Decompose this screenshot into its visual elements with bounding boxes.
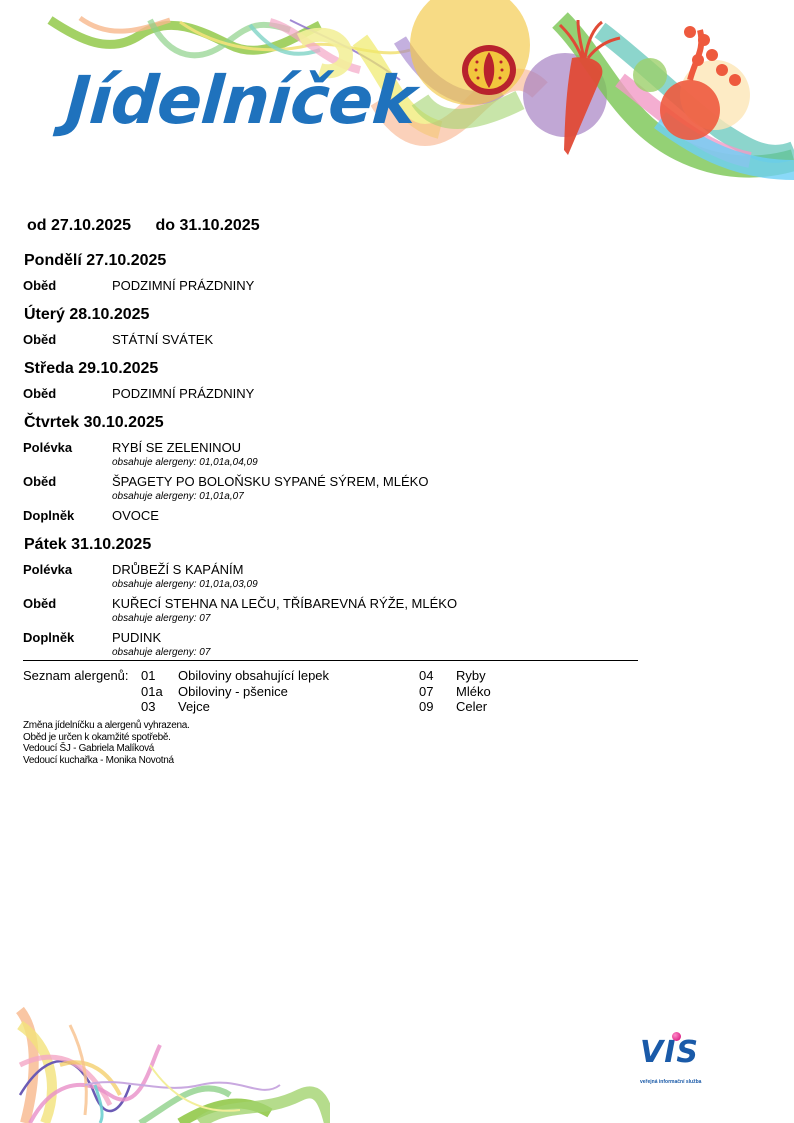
vis-logo-text: VIS bbox=[640, 1035, 699, 1070]
page-title: Jídelníček bbox=[64, 68, 418, 134]
allergen-column: 01Obiloviny obsahující lepek01aObiloviny… bbox=[141, 668, 329, 715]
meal-row: ObědŠPAGETY PO BOLOŇSKU SYPANÉ SÝREM, ML… bbox=[23, 473, 643, 507]
meal-name: STÁTNÍ SVÁTEK bbox=[112, 331, 643, 349]
meal-type-label: Polévka bbox=[23, 561, 112, 595]
menu-day: Úterý 28.10.2025ObědSTÁTNÍ SVÁTEK bbox=[23, 305, 643, 359]
meal-type-label: Doplněk bbox=[23, 507, 112, 525]
meal-row: PolévkaDRŮBEŽÍ S KAPÁNÍMobsahuje alergen… bbox=[23, 561, 643, 595]
allergen-code: 03 bbox=[141, 699, 178, 715]
meal-type-label: Doplněk bbox=[23, 629, 112, 663]
note-line: Vedoucí kuchařka - Monika Novotná bbox=[23, 755, 189, 767]
note-line: Změna jídelníčku a alergenů vyhrazena. bbox=[23, 720, 189, 732]
allergen-name: Mléko bbox=[456, 684, 491, 700]
allergen-item: 04Ryby bbox=[419, 668, 491, 684]
meal-type-label: Oběd bbox=[23, 595, 112, 629]
menu-day: Pondělí 27.10.2025ObědPODZIMNÍ PRÁZDNINY bbox=[23, 251, 643, 305]
menu-day: Pátek 31.10.2025PolévkaDRŮBEŽÍ S KAPÁNÍM… bbox=[23, 535, 643, 669]
allergen-list-label: Seznam alergenů: bbox=[23, 668, 129, 683]
meal-allergens: obsahuje alergeny: 01,01a,03,09 bbox=[112, 579, 643, 591]
meal-row: ObědSTÁTNÍ SVÁTEK bbox=[23, 331, 643, 349]
allergen-item: 07Mléko bbox=[419, 684, 491, 700]
meal-row: DoplněkOVOCE bbox=[23, 507, 643, 525]
note-line: Vedoucí ŠJ - Gabriela Malíková bbox=[23, 743, 189, 755]
meal-name: OVOCE bbox=[112, 507, 643, 525]
meal-allergens: obsahuje alergeny: 07 bbox=[112, 647, 643, 659]
allergen-code: 07 bbox=[419, 684, 456, 700]
allergen-name: Obiloviny - pšenice bbox=[178, 684, 288, 700]
meal-body: PUDINKobsahuje alergeny: 07 bbox=[112, 629, 643, 663]
day-title: Pondělí 27.10.2025 bbox=[24, 251, 643, 271]
meal-row: ObědKUŘECÍ STEHNA NA LEČU, TŘÍBAREVNÁ RÝ… bbox=[23, 595, 643, 629]
vis-logo-dot bbox=[672, 1032, 681, 1041]
meal-row: ObědPODZIMNÍ PRÁZDNINY bbox=[23, 277, 643, 295]
meal-body: ŠPAGETY PO BOLOŇSKU SYPANÉ SÝREM, MLÉKOo… bbox=[112, 473, 643, 507]
meal-body: DRŮBEŽÍ S KAPÁNÍMobsahuje alergeny: 01,0… bbox=[112, 561, 643, 595]
meal-allergens: obsahuje alergeny: 07 bbox=[112, 613, 643, 625]
allergen-item: 03Vejce bbox=[141, 699, 329, 715]
allergen-code: 01a bbox=[141, 684, 178, 700]
meal-type-label: Oběd bbox=[23, 385, 112, 403]
day-title: Úterý 28.10.2025 bbox=[24, 305, 643, 325]
meal-allergens: obsahuje alergeny: 01,01a,07 bbox=[112, 491, 643, 503]
meal-body: PODZIMNÍ PRÁZDNINY bbox=[112, 277, 643, 295]
meal-allergens: obsahuje alergeny: 01,01a,04,09 bbox=[112, 457, 643, 469]
meal-name: DRŮBEŽÍ S KAPÁNÍM bbox=[112, 561, 643, 579]
meal-name: KUŘECÍ STEHNA NA LEČU, TŘÍBAREVNÁ RÝŽE, … bbox=[112, 595, 643, 613]
meal-name: PUDINK bbox=[112, 629, 643, 647]
allergen-code: 04 bbox=[419, 668, 456, 684]
allergen-name: Obiloviny obsahující lepek bbox=[178, 668, 329, 684]
weekly-menu: Pondělí 27.10.2025ObědPODZIMNÍ PRÁZDNINY… bbox=[23, 251, 643, 669]
menu-day: Čtvrtek 30.10.2025PolévkaRYBÍ SE ZELENIN… bbox=[23, 413, 643, 535]
note-line: Oběd je určen k okamžité spotřebě. bbox=[23, 732, 189, 744]
menu-day: Středa 29.10.2025ObědPODZIMNÍ PRÁZDNINY bbox=[23, 359, 643, 413]
date-from: od 27.10.2025 bbox=[27, 217, 131, 235]
meal-body: STÁTNÍ SVÁTEK bbox=[112, 331, 643, 349]
allergen-code: 01 bbox=[141, 668, 178, 684]
allergen-item: 01Obiloviny obsahující lepek bbox=[141, 668, 329, 684]
decorative-ribbons-illustration bbox=[0, 1005, 330, 1123]
meal-type-label: Polévka bbox=[23, 439, 112, 473]
allergen-name: Vejce bbox=[178, 699, 210, 715]
meal-body: PODZIMNÍ PRÁZDNINY bbox=[112, 385, 643, 403]
vis-logo-subtitle: veřejná informační služba bbox=[640, 1079, 701, 1085]
meal-row: DoplněkPUDINKobsahuje alergeny: 07 bbox=[23, 629, 643, 663]
meal-body: KUŘECÍ STEHNA NA LEČU, TŘÍBAREVNÁ RÝŽE, … bbox=[112, 595, 643, 629]
day-title: Čtvrtek 30.10.2025 bbox=[24, 413, 643, 433]
allergen-column: 04Ryby07Mléko09Celer bbox=[419, 668, 491, 715]
allergen-name: Ryby bbox=[456, 668, 486, 684]
meal-type-label: Oběd bbox=[23, 277, 112, 295]
meal-row: PolévkaRYBÍ SE ZELENINOUobsahuje alergen… bbox=[23, 439, 643, 473]
allergen-item: 09Celer bbox=[419, 699, 491, 715]
meal-row: ObědPODZIMNÍ PRÁZDNINY bbox=[23, 385, 643, 403]
meal-type-label: Oběd bbox=[23, 473, 112, 507]
vis-logo: VIS veřejná informační služba bbox=[638, 1030, 718, 1088]
meal-name: ŠPAGETY PO BOLOŇSKU SYPANÉ SÝREM, MLÉKO bbox=[112, 473, 643, 491]
day-title: Pátek 31.10.2025 bbox=[24, 535, 643, 555]
divider bbox=[23, 660, 638, 661]
allergen-item: 01aObiloviny - pšenice bbox=[141, 684, 329, 700]
meal-type-label: Oběd bbox=[23, 331, 112, 349]
header-banner: Jídelníček bbox=[0, 0, 794, 200]
meal-name: PODZIMNÍ PRÁZDNINY bbox=[112, 385, 643, 403]
date-to: do 31.10.2025 bbox=[156, 217, 260, 235]
meal-name: PODZIMNÍ PRÁZDNINY bbox=[112, 277, 643, 295]
notes: Změna jídelníčku a alergenů vyhrazena.Ob… bbox=[23, 720, 189, 766]
day-title: Středa 29.10.2025 bbox=[24, 359, 643, 379]
meal-name: RYBÍ SE ZELENINOU bbox=[112, 439, 643, 457]
date-range: od 27.10.2025 do 31.10.2025 bbox=[27, 217, 260, 235]
meal-body: RYBÍ SE ZELENINOUobsahuje alergeny: 01,0… bbox=[112, 439, 643, 473]
footer-decoration bbox=[0, 1005, 330, 1123]
allergen-code: 09 bbox=[419, 699, 456, 715]
allergen-name: Celer bbox=[456, 699, 487, 715]
meal-body: OVOCE bbox=[112, 507, 643, 525]
